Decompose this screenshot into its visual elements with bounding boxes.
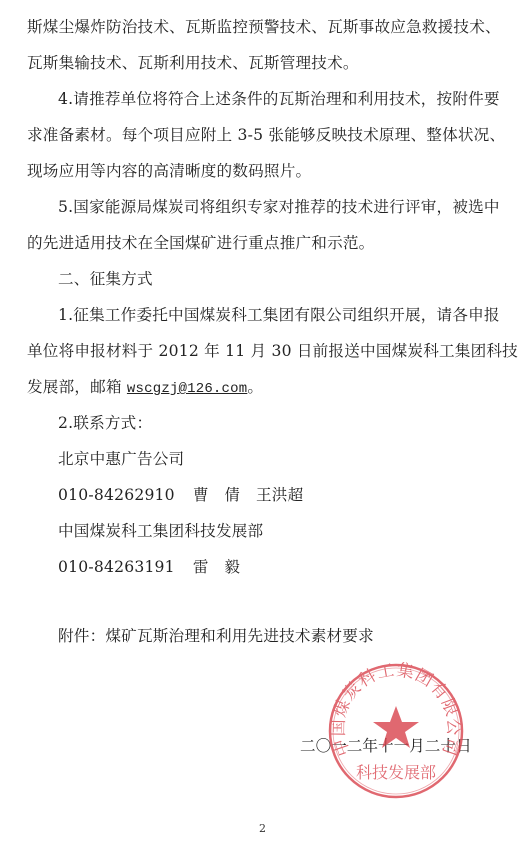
contact-org: 中国煤炭科工集团科技发展部: [58, 521, 263, 541]
body-line: 瓦斯集输技术、瓦斯利用技术、瓦斯管理技术。: [27, 53, 359, 73]
body-line: 斯煤尘爆炸防治技术、瓦斯监控预警技术、瓦斯事故应急救援技术、: [27, 17, 501, 37]
page-number: 2: [259, 822, 266, 835]
contact-phone: 010-84263191: [58, 558, 175, 576]
body-line: 求准备素材。每个项目应附上 3-5 张能够反映技术原理、整体状况、: [27, 125, 505, 145]
email-link[interactable]: wscgzj@126.com: [127, 381, 247, 397]
body-line: 现场应用等内容的高清晰度的数码照片。: [27, 161, 311, 181]
contact-row: 010-84263191雷 毅: [58, 557, 240, 577]
contact-heading: 2.联系方式：: [58, 413, 152, 433]
body-line: 单位将申报材料于 2012 年 11 月 30 日前报送中国煤炭科工集团科技: [27, 341, 518, 361]
paragraph-item-4: 4.请推荐单位将符合上述条件的瓦斯治理和利用技术，按附件要: [58, 89, 500, 109]
email-prefix: 发展部，邮箱: [27, 378, 127, 396]
contact-org: 北京中惠广告公司: [58, 449, 184, 469]
section-heading: 二、征集方式: [58, 269, 153, 289]
paragraph-item-5: 5.国家能源局煤炭司将组织专家对推荐的技术进行评审，被选中: [58, 197, 500, 217]
email-suffix: 。: [247, 378, 263, 396]
contact-row: 010-84262910曹 倩 王洪超: [58, 485, 303, 505]
seal-center-text: 科技发展部: [356, 763, 436, 782]
body-line: 的先进适用技术在全国煤矿进行重点推广和示范。: [27, 233, 374, 253]
document-date: 二〇一二年十一月二十日: [300, 734, 472, 756]
contact-names: 曹 倩 王洪超: [193, 486, 304, 504]
contact-names: 雷 毅: [193, 558, 240, 576]
official-seal-icon: 中国煤炭科工集团有限公司 科技发展部: [327, 662, 465, 800]
contact-phone: 010-84262910: [58, 486, 175, 504]
attachment-note: 附件：煤矿瓦斯治理和利用先进技术素材要求: [58, 626, 374, 646]
body-line: 发展部，邮箱 wscgzj@126.com。: [27, 377, 263, 399]
paragraph-item-1: 1.征集工作委托中国煤炭科工集团有限公司组织开展，请各申报: [58, 305, 500, 325]
